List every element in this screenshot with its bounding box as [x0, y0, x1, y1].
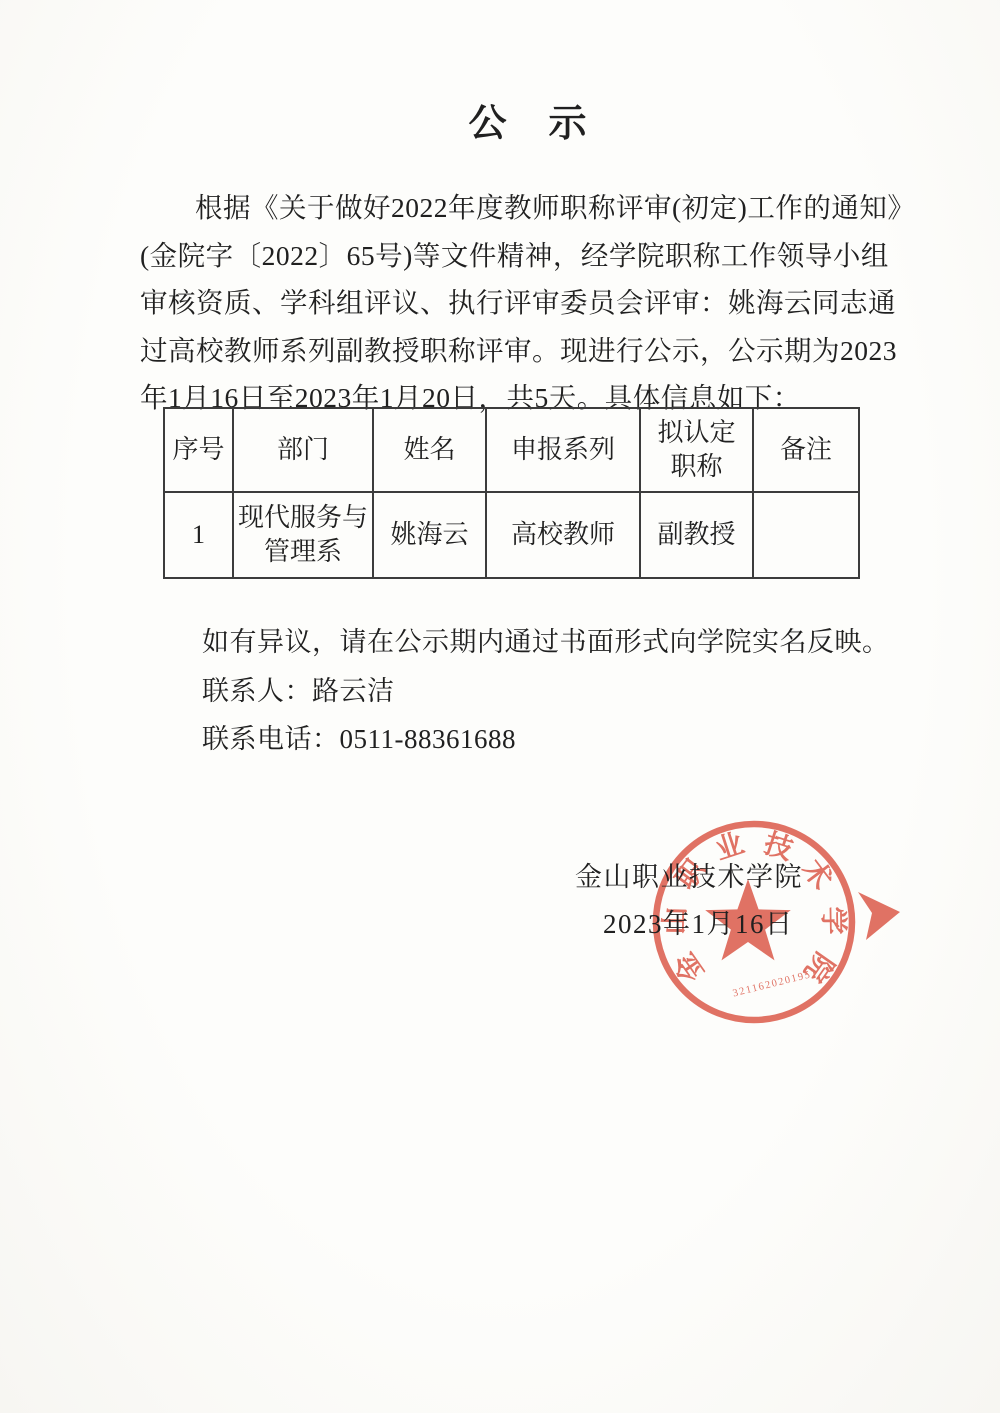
header-seq: 序号: [164, 408, 233, 492]
objection-line: 如有异议，请在公示期内通过书面形式向学院实名反映。: [202, 618, 892, 667]
page-title: 公 示: [160, 92, 897, 147]
cell-remarks: [753, 492, 859, 578]
seal-smudge: [858, 892, 900, 940]
notice-table: 序号 部门 姓名 申报系列 拟认定 职称 备注 1 现代服务与 管理系 姚海云 …: [163, 407, 860, 579]
cell-seq: 1: [164, 492, 233, 578]
contact-phone-line: 联系电话：0511-88361688: [202, 715, 892, 764]
cell-series: 高校教师: [486, 492, 640, 578]
document-page: 公 示 根据《关于做好2022年度教师职称评审(初定)工作的通知》 (金院字〔2…: [0, 0, 1000, 1413]
signature-date: 2023年1月16日: [603, 902, 794, 941]
seal-arc-char: 学: [817, 906, 849, 935]
header-series: 申报系列: [486, 408, 640, 492]
header-proposed-title: 拟认定 职称: [640, 408, 753, 492]
body-line: 过高校教师系列副教授职称评审。现进行公示，公示期为2023: [140, 327, 882, 375]
body-paragraph: 根据《关于做好2022年度教师职称评审(初定)工作的通知》 (金院字〔2022〕…: [140, 184, 882, 422]
header-remarks: 备注: [753, 408, 859, 492]
table-row: 1 现代服务与 管理系 姚海云 高校教师 副教授: [164, 492, 859, 578]
header-department: 部门: [233, 408, 373, 492]
signature-organization: 金山职业技术学院: [575, 855, 803, 894]
cell-name: 姚海云: [373, 492, 486, 578]
header-name: 姓名: [373, 408, 486, 492]
cell-proposed-title: 副教授: [640, 492, 753, 578]
table-header-row: 序号 部门 姓名 申报系列 拟认定 职称 备注: [164, 408, 859, 492]
contact-person-line: 联系人：路云洁: [202, 667, 892, 716]
closing-block: 如有异议，请在公示期内通过书面形式向学院实名反映。 联系人：路云洁 联系电话：0…: [202, 618, 892, 764]
body-line: 审核资质、学科组评议、执行评审委员会评审：姚海云同志通: [140, 279, 882, 327]
seal-code: 3211620201951: [732, 968, 819, 1000]
body-line: 根据《关于做好2022年度教师职称评审(初定)工作的通知》: [140, 184, 882, 232]
cell-department: 现代服务与 管理系: [233, 492, 373, 578]
body-line: (金院字〔2022〕65号)等文件精神，经学院职称工作领导小组: [140, 232, 882, 280]
